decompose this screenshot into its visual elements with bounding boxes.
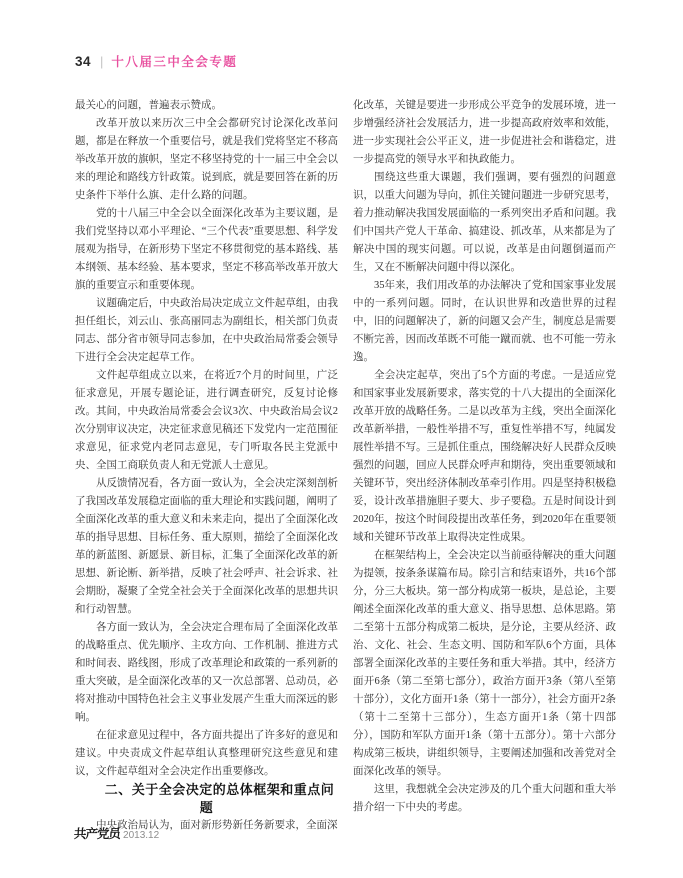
paragraph: 党的十八届三中全会以全面深化改革为主要议题，是我们党坚持以邓小平理论、“三个代表…	[75, 205, 338, 295]
paragraph: 议题确定后，中央政治局决定成立文件起草组，由我担任组长，刘云山、张高丽同志为副组…	[75, 295, 338, 367]
magazine-logo: 共产党员	[73, 824, 120, 842]
paragraph: 从反馈情况看，各方面一致认为，全会决定深刻剖析了我国改革发展稳定面临的重大理论和…	[75, 475, 338, 619]
page-footer: 共产党员 2013.12	[74, 824, 159, 842]
paragraph: 这里，我想就全会决定涉及的几个重大问题和重大举措介绍一下中央的考虑。	[353, 781, 616, 817]
page-header: 34 | 十八届三中全会专题	[75, 52, 237, 70]
paragraph: 改革开放以来历次三中全会都研究讨论深化改革问题，都是在释放一个重要信号，就是我们…	[75, 115, 338, 205]
paragraph: 在征求意见过程中，各方面共提出了许多好的意见和建议。中央责成文件起草组认真整理研…	[75, 727, 338, 781]
paragraph: 文件起草组成立以来，在将近7个月的时间里，广泛征求意见，开展专题论证，进行调查研…	[75, 367, 338, 475]
paragraph: 全会决定起草，突出了5个方面的考虑。一是适应党和国家事业发展新要求，落实党的十八…	[353, 367, 616, 547]
paragraph: 35年来，我们用改革的办法解决了党和国家事业发展中的一系列问题。同时，在认识世界…	[353, 277, 616, 367]
section-heading: 二、关于全会决定的总体框架和重点问题	[75, 781, 338, 817]
header-separator: |	[100, 54, 103, 69]
paragraph: 最关心的问题，普遍表示赞成。	[75, 97, 338, 115]
page-number: 34	[75, 54, 91, 69]
magazine-page: 34 | 十八届三中全会专题 最关心的问题，普遍表示赞成。 改革开放以来历次三中…	[0, 0, 683, 878]
paragraph: 各方面一致认为，全会决定合理布局了全面深化改革的战略重点、优先顺序、主攻方向、工…	[75, 619, 338, 727]
paragraph: 化改革，关键是要进一步形成公平竞争的发展环境，进一步增强经济社会发展活力，进一步…	[353, 97, 616, 169]
left-column: 最关心的问题，普遍表示赞成。 改革开放以来历次三中全会都研究讨论深化改革问题，都…	[75, 97, 338, 835]
right-column: 化改革，关键是要进一步形成公平竞争的发展环境，进一步增强经济社会发展活力，进一步…	[353, 97, 616, 817]
paragraph: 在框架结构上，全会决定以当前亟待解决的重大问题为提领，按条条谋篇布局。除引言和结…	[353, 547, 616, 781]
section-title: 十八届三中全会专题	[111, 52, 237, 70]
paragraph: 围绕这些重大课题，我们强调，要有强烈的问题意识，以重大问题为导向，抓住关键问题进…	[353, 169, 616, 277]
issue-date: 2013.12	[123, 830, 159, 841]
